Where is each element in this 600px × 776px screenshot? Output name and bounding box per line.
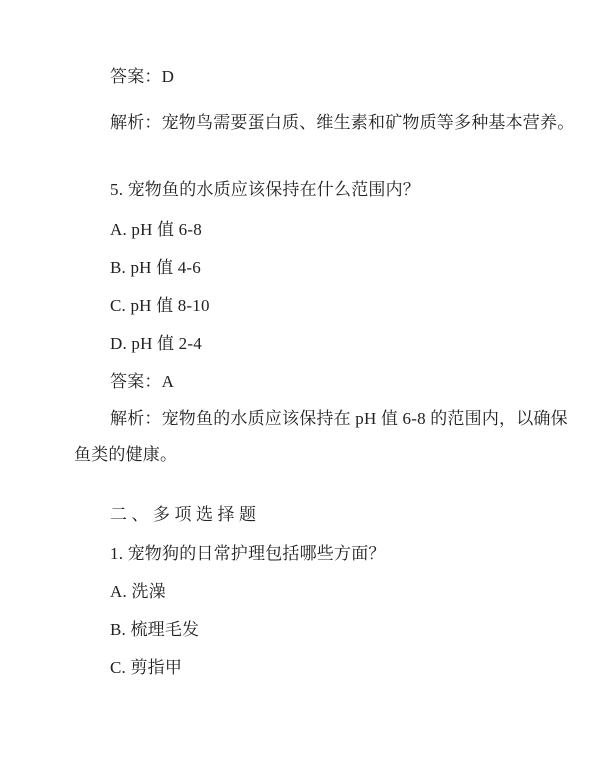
option-line-b: B. pH 值 4-6 [110,257,201,278]
document-page: 答案：D 解析：宠物鸟需要蛋白质、维生素和矿物质等多种基本营养。 5. 宠物鱼的… [0,0,600,776]
option-line-b: B. 梳理毛发 [110,619,199,640]
explanation-line: 解析：宠物鸟需要蛋白质、维生素和矿物质等多种基本营养。 [110,112,574,133]
explanation-line: 解析：宠物鱼的水质应该保持在 pH 值 6-8 的范围内，以确保 [110,408,568,429]
section-heading: 二、多项选择题 [110,504,261,525]
answer-line: 答案：A [110,371,174,392]
question-line: 5. 宠物鱼的水质应该保持在什么范围内？ [110,179,420,200]
option-line-a: A. 洗澡 [110,581,166,602]
explanation-line-continuation: 鱼类的健康。 [74,444,177,465]
option-line-a: A. pH 值 6-8 [110,219,202,240]
question-line: 1. 宠物狗的日常护理包括哪些方面？ [110,543,386,564]
option-line-c: C. 剪指甲 [110,657,182,678]
option-line-d: D. pH 值 2-4 [110,333,202,354]
option-line-c: C. pH 值 8-10 [110,295,210,316]
answer-line: 答案：D [110,66,174,87]
